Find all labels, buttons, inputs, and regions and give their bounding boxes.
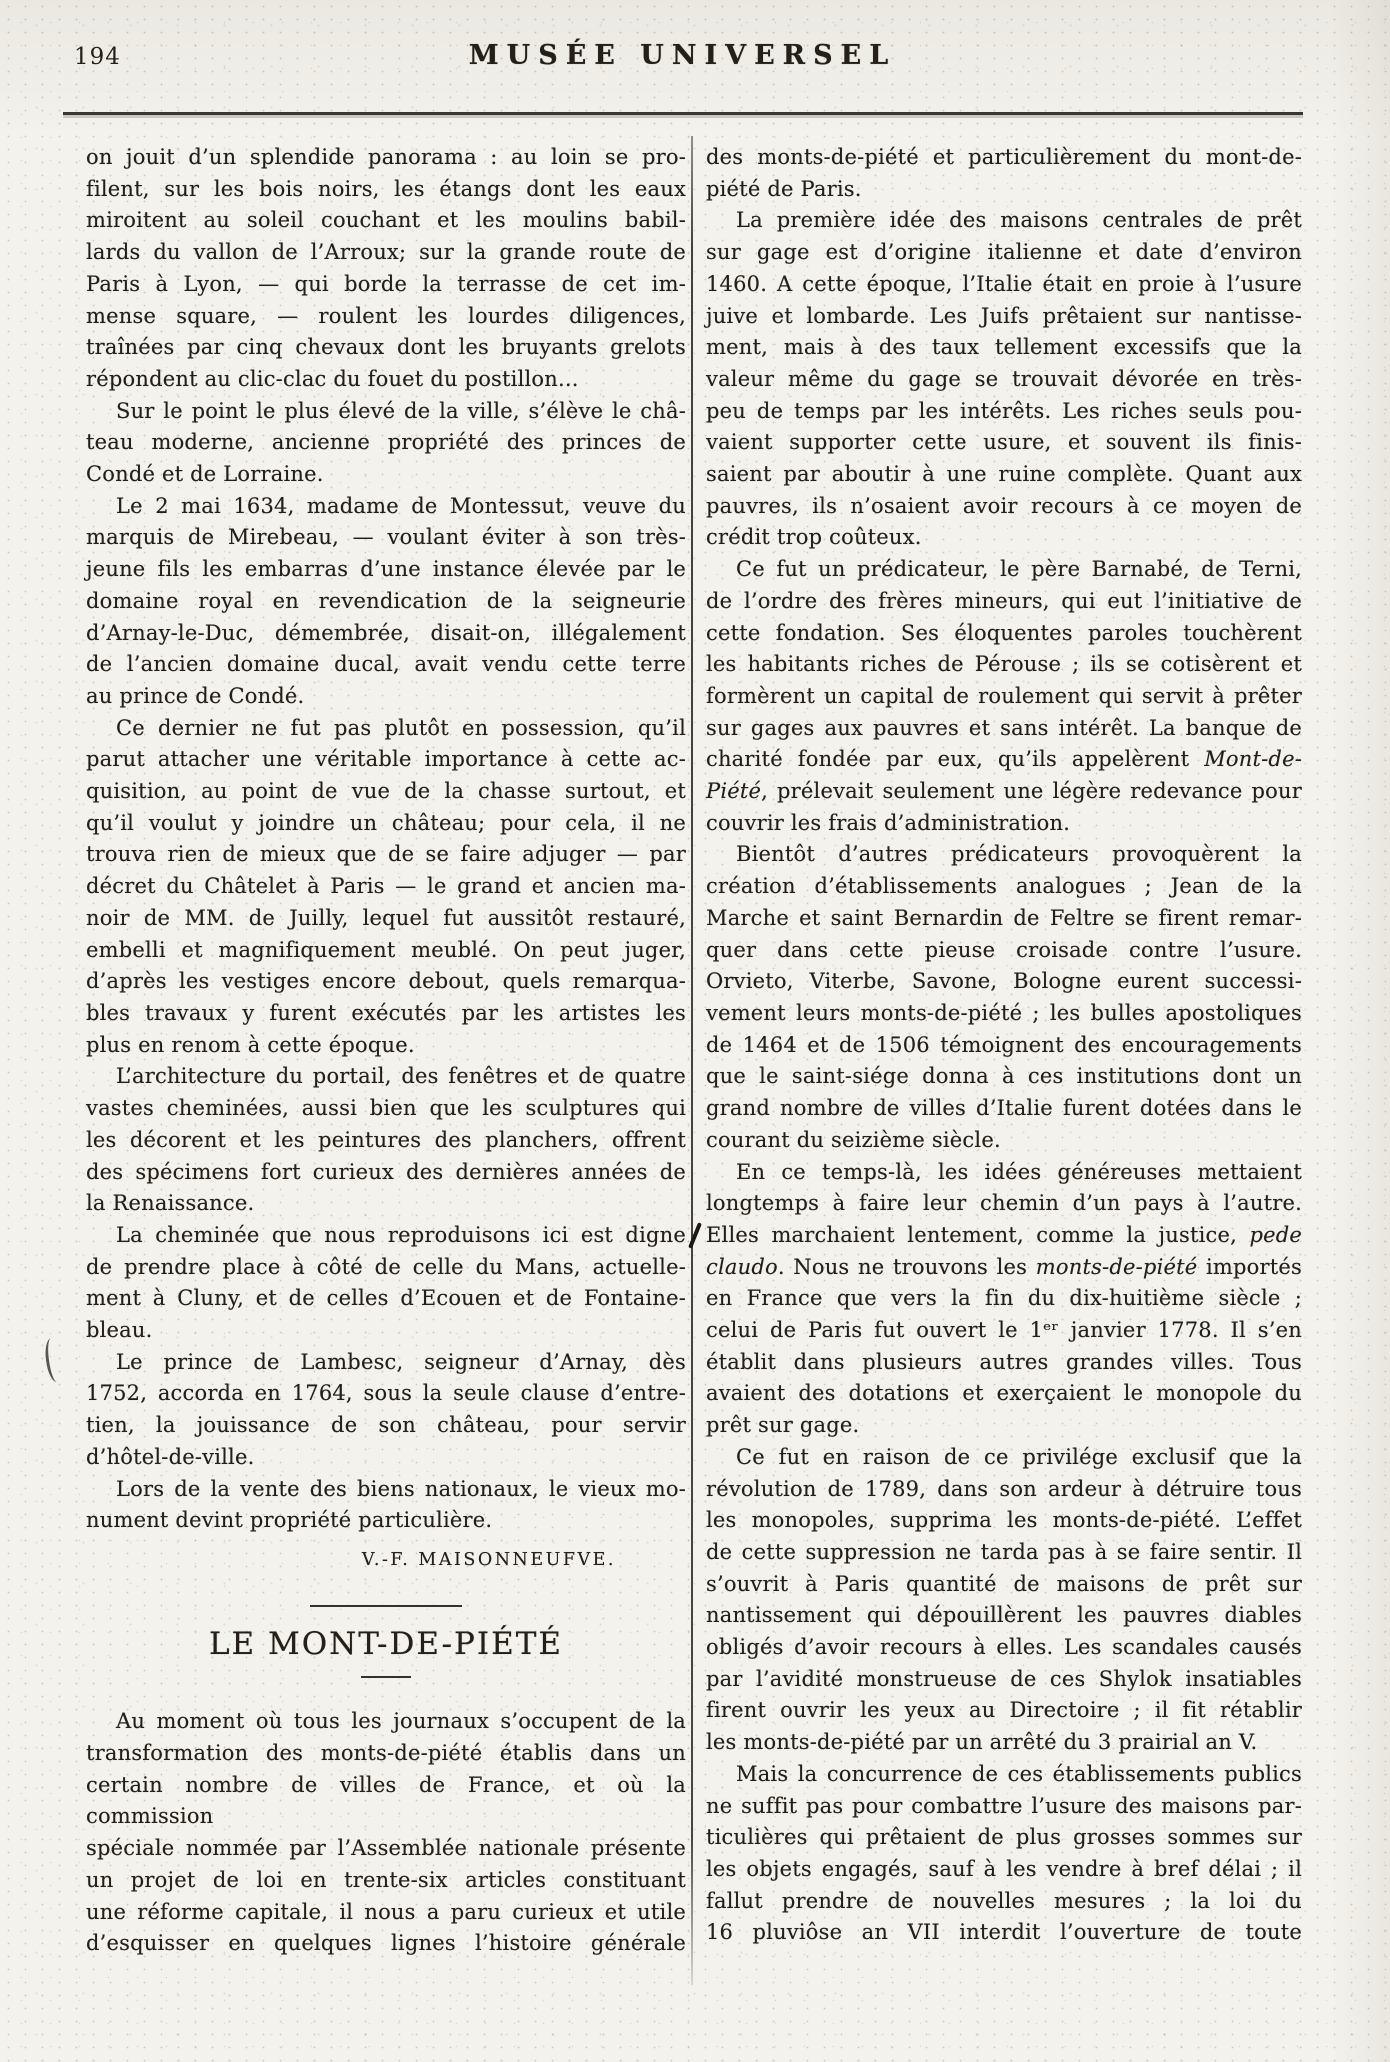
text-line: de cette suppression ne tarda pas à se f… xyxy=(706,1537,1302,1569)
text-line: Bientôt d’autres prédicateurs provoquère… xyxy=(706,839,1302,871)
text-line: juive et lombarde. Les Juifs prêtaient s… xyxy=(706,301,1302,333)
text-line: répondent au clic-clac du fouet du posti… xyxy=(86,364,686,396)
article-intro-text: Au moment où tous les journaux s’occupen… xyxy=(86,1706,686,1960)
text-line: vaient supporter cette usure, et souvent… xyxy=(706,427,1302,459)
text-line: sur gages aux pauvres et sans intérêt. L… xyxy=(706,713,1302,745)
text-line: Ce fut en raison de ce privilége exclusi… xyxy=(706,1442,1302,1474)
text-line: claudo. Nous ne trouvons les monts-de-pi… xyxy=(706,1252,1302,1284)
text-line: sur gage est d’origine italienne et date… xyxy=(706,237,1302,269)
text-line: les monopoles, supprima les monts-de-pié… xyxy=(706,1505,1302,1537)
left-column: on jouit d’un splendide panorama : au lo… xyxy=(86,142,686,1960)
text-line: Mais la concurrence de ces établissement… xyxy=(706,1759,1302,1791)
text-line: formèrent un capital de roulement qui se… xyxy=(706,681,1302,713)
paragraph: En ce temps-là, les idées généreuses met… xyxy=(706,1157,1302,1442)
text-line: traînées par cinq chevaux dont les bruya… xyxy=(86,332,686,364)
paragraph: La première idée des maisons centrales d… xyxy=(706,205,1302,554)
text-line: Piété, prélevait seulement une légère re… xyxy=(706,776,1302,808)
text-line: en France que vers la fin du dix-huitièm… xyxy=(706,1283,1302,1315)
text-line: qu’il voulut y joindre un château; pour … xyxy=(86,808,686,840)
text-line: la Renaissance. xyxy=(86,1188,686,1220)
text-line: nument devint propriété particulière. xyxy=(86,1505,686,1537)
text-line: 1460. A cette époque, l’Italie était en … xyxy=(706,269,1302,301)
text-line: 16 pluviôse an VII interdit l’ouverture … xyxy=(706,1917,1302,1949)
right-column-text: des monts-de-piété et particulièrement d… xyxy=(706,142,1302,1949)
text-line: Le 2 mai 1634, madame de Montessut, veuv… xyxy=(86,491,686,523)
right-column: des monts-de-piété et particulièrement d… xyxy=(706,142,1302,1949)
text-line: saient par aboutir à une ruine complète.… xyxy=(706,459,1302,491)
text-line: pauvres, ils n’osaient avoir recours à c… xyxy=(706,491,1302,523)
text-line: Lors de la vente des biens nationaux, le… xyxy=(86,1474,686,1506)
text-line: que le saint-siége donna à ces instituti… xyxy=(706,1061,1302,1093)
text-line: établit dans plusieurs autres grandes vi… xyxy=(706,1347,1302,1379)
text-line: peu de temps par les intérêts. Les riche… xyxy=(706,396,1302,428)
text-line: grand nombre de villes d’Italie furent d… xyxy=(706,1093,1302,1125)
text-line: tien, la jouissance de son château, pour… xyxy=(86,1410,686,1442)
paragraph: Ce fut un prédicateur, le père Barnabé, … xyxy=(706,554,1302,839)
text-line: un projet de loi en trente-six articles … xyxy=(86,1865,686,1897)
text-line: bleau. xyxy=(86,1315,686,1347)
text-line: miroitent au soleil couchant et les moul… xyxy=(86,205,686,237)
text-line: des spécimens fort curieux des dernières… xyxy=(86,1157,686,1189)
text-line: Ce fut un prédicateur, le père Barnabé, … xyxy=(706,554,1302,586)
paragraph: Mais la concurrence de ces établissement… xyxy=(706,1759,1302,1949)
text-line: Elles marchaient lentement, comme la jus… xyxy=(706,1220,1302,1252)
text-line: ment à Cluny, et de celles d’Ecouen et d… xyxy=(86,1283,686,1315)
text-line: valeur même du gage se trouvait dévorée … xyxy=(706,364,1302,396)
text-line: d’après les vestiges encore debout, quel… xyxy=(86,966,686,998)
text-line: on jouit d’un splendide panorama : au lo… xyxy=(86,142,686,174)
text-line: mense square, — roulent les lourdes dili… xyxy=(86,301,686,333)
text-line: Sur le point le plus élevé de la ville, … xyxy=(86,396,686,428)
text-line: quer dans cette pieuse croisade contre l… xyxy=(706,935,1302,967)
text-line: s’ouvrit à Paris quantité de maisons de … xyxy=(706,1569,1302,1601)
text-line: 1752, accorda en 1764, sous la seule cla… xyxy=(86,1378,686,1410)
left-column-text: on jouit d’un splendide panorama : au lo… xyxy=(86,142,686,1537)
text-line: ne suffit pas pour combattre l’usure des… xyxy=(706,1791,1302,1823)
paragraph: L’architecture du portail, des fenêtres … xyxy=(86,1061,686,1220)
text-line: firent ouvrir les yeux au Directoire ; i… xyxy=(706,1695,1302,1727)
text-line: longtemps à faire leur chemin d’un pays … xyxy=(706,1188,1302,1220)
text-line: spéciale nommée par l’Assemblée national… xyxy=(86,1833,686,1865)
text-line: les décorent et les peintures des planch… xyxy=(86,1125,686,1157)
text-line: cette fondation. Ses éloquentes paroles … xyxy=(706,618,1302,650)
text-line: noir de MM. de Juilly, lequel fut aussit… xyxy=(86,903,686,935)
text-line: filent, sur les bois noirs, les étangs d… xyxy=(86,174,686,206)
text-line: de prendre place à côté de celle du Mans… xyxy=(86,1252,686,1284)
text-line: jeune fils les embarras d’une instance é… xyxy=(86,554,686,586)
text-line: piété de Paris. xyxy=(706,174,1302,206)
text-line: La première idée des maisons centrales d… xyxy=(706,205,1302,237)
text-line: de 1464 et de 1506 témoignent des encour… xyxy=(706,1030,1302,1062)
text-line: des monts-de-piété et particulièrement d… xyxy=(706,142,1302,174)
paragraph: Au moment où tous les journaux s’occupen… xyxy=(86,1706,686,1960)
text-line: d’esquisser en quelques lignes l’histoir… xyxy=(86,1928,686,1960)
text-line: d’hôtel-de-ville. xyxy=(86,1442,686,1474)
author-signature: V.-F. MAISONNEUFVE. xyxy=(86,1545,686,1577)
text-line: En ce temps-là, les idées généreuses met… xyxy=(706,1157,1302,1189)
masthead-title: MUSÉE UNIVERSEL xyxy=(65,40,1300,71)
handwritten-curve-mark xyxy=(43,1337,68,1383)
text-line: certain nombre de villes de France, et o… xyxy=(86,1770,686,1833)
text-line: création d’établissements analogues ; Je… xyxy=(706,871,1302,903)
text-line: crédit trop coûteux. xyxy=(706,522,1302,554)
text-line: vastes cheminées, aussi bien que les scu… xyxy=(86,1093,686,1125)
text-line: Paris à Lyon, — qui borde la terrasse de… xyxy=(86,269,686,301)
header-rule xyxy=(63,112,1303,115)
text-line: lards du vallon de l’Arroux; sur la gran… xyxy=(86,237,686,269)
text-line: embelli et magnifiquement meublé. On peu… xyxy=(86,935,686,967)
text-line: ment, mais à des taux tellement excessif… xyxy=(706,332,1302,364)
text-line: obligés d’avoir recours à elles. Les sca… xyxy=(706,1632,1302,1664)
paragraph: Bientôt d’autres prédicateurs provoquère… xyxy=(706,839,1302,1156)
text-line: transformation des monts-de-piété établi… xyxy=(86,1738,686,1770)
text-line: Condé et de Lorraine. xyxy=(86,459,686,491)
text-line: décret du Châtelet à Paris — le grand et… xyxy=(86,871,686,903)
text-line: une réforme capitale, il nous a paru cur… xyxy=(86,1897,686,1929)
text-line: prêt sur gage. xyxy=(706,1410,1302,1442)
paragraph: on jouit d’un splendide panorama : au lo… xyxy=(86,142,686,396)
paragraph: Sur le point le plus élevé de la ville, … xyxy=(86,396,686,491)
text-line: parut attacher une véritable importance … xyxy=(86,744,686,776)
text-line: vement leurs monts-de-piété ; les bulles… xyxy=(706,998,1302,1030)
paragraph: Le prince de Lambesc, seigneur d’Arnay, … xyxy=(86,1347,686,1474)
scanned-newspaper-page: 194 MUSÉE UNIVERSEL on jouit d’un splend… xyxy=(0,0,1390,2062)
text-line: de l’ordre des frères mineurs, qui eut l… xyxy=(706,586,1302,618)
text-line: Au moment où tous les journaux s’occupen… xyxy=(86,1706,686,1738)
text-line: celui de Paris fut ouvert le 1ᵉʳ janvier… xyxy=(706,1315,1302,1347)
text-line: fallut prendre de nouvelles mesures ; la… xyxy=(706,1886,1302,1918)
text-line: Le prince de Lambesc, seigneur d’Arnay, … xyxy=(86,1347,686,1379)
column-divider-rule xyxy=(691,136,693,1985)
text-line: quisition, au point de vue de la chasse … xyxy=(86,776,686,808)
text-line: avaient des dotations et exerçaient le m… xyxy=(706,1378,1302,1410)
text-line: domaine royal en revendication de la sei… xyxy=(86,586,686,618)
text-line: marquis de Mirebeau, — voulant éviter à … xyxy=(86,522,686,554)
article-heading: LE MONT-DE-PIÉTÉ xyxy=(86,1629,686,1661)
text-line: Marche et saint Bernardin de Feltre se f… xyxy=(706,903,1302,935)
paragraph: Lors de la vente des biens nationaux, le… xyxy=(86,1474,686,1537)
text-line: au prince de Condé. xyxy=(86,681,686,713)
paragraph: Le 2 mai 1634, madame de Montessut, veuv… xyxy=(86,491,686,713)
text-line: trouva rien de mieux que de se faire adj… xyxy=(86,839,686,871)
text-line: La cheminée que nous reproduisons ici es… xyxy=(86,1220,686,1252)
text-line: les habitants riches de Pérouse ; ils se… xyxy=(706,649,1302,681)
text-line: les monts-de-piété par un arrêté du 3 pr… xyxy=(706,1727,1302,1759)
text-line: les objets engagés, sauf à les vendre à … xyxy=(706,1854,1302,1886)
paragraph: Ce dernier ne fut pas plutôt en possessi… xyxy=(86,713,686,1062)
article-separator-rule xyxy=(310,1605,462,1607)
text-line: révolution de 1789, dans son ardeur à dé… xyxy=(706,1474,1302,1506)
paragraph: Ce fut en raison de ce privilége exclusi… xyxy=(706,1442,1302,1759)
text-line: nantissement qui dépouillèrent les pauvr… xyxy=(706,1600,1302,1632)
text-line: de l’ancien domaine ducal, avait vendu c… xyxy=(86,649,686,681)
text-line: plus en renom à cette époque. xyxy=(86,1030,686,1062)
text-line: teau moderne, ancienne propriété des pri… xyxy=(86,427,686,459)
text-line: ticulières qui prêtaient de plus grosses… xyxy=(706,1822,1302,1854)
text-line: bles travaux y furent exécutés par les a… xyxy=(86,998,686,1030)
text-line: charité fondée par eux, qu’ils appelèren… xyxy=(706,744,1302,776)
text-line: Ce dernier ne fut pas plutôt en possessi… xyxy=(86,713,686,745)
text-line: Orvieto, Viterbe, Savone, Bologne eurent… xyxy=(706,966,1302,998)
text-line: couvrir les frais d’administration. xyxy=(706,808,1302,840)
text-line: par l’avidité monstrueuse de ces Shylok … xyxy=(706,1664,1302,1696)
paragraph: La cheminée que nous reproduisons ici es… xyxy=(86,1220,686,1347)
text-line: d’Arnay-le-Duc, démembrée, disait-on, il… xyxy=(86,618,686,650)
text-line: courant du seizième siècle. xyxy=(706,1125,1302,1157)
paragraph: des monts-de-piété et particulièrement d… xyxy=(706,142,1302,205)
text-line: L’architecture du portail, des fenêtres … xyxy=(86,1061,686,1093)
heading-underline-rule xyxy=(361,1676,411,1678)
